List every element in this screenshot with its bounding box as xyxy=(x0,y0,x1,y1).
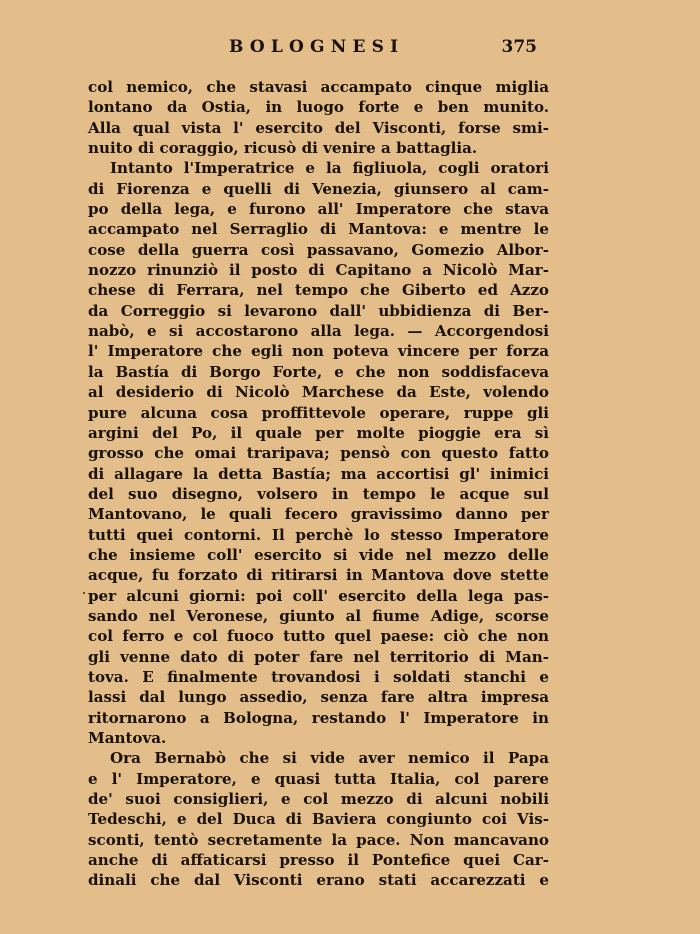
text-line: che insieme coll' esercito si vide nel m… xyxy=(88,545,549,565)
text-line: Mantovano, le quali fecero gravissimo da… xyxy=(88,504,549,524)
text-line: pure alcuna cosa proffittevole operare, … xyxy=(88,403,549,423)
text-line: chese di Ferrara, nel tempo che Giberto … xyxy=(88,280,549,300)
text-line: di allagare la detta Bastía; ma accortis… xyxy=(88,464,549,484)
text-line: per alcuni giorni: poi coll' esercito de… xyxy=(88,586,549,606)
text-line: accampato nel Serraglio di Mantova: e me… xyxy=(88,219,549,239)
book-page: BOLOGNESI 375 col nemico, che stavasi ac… xyxy=(88,36,549,891)
text-line: anche di affaticarsi presso il Pontefice… xyxy=(88,850,549,870)
text-line: nabò, e si accostarono alla lega. — Acco… xyxy=(88,321,549,341)
text-line: la Bastía di Borgo Forte, e che non sodd… xyxy=(88,362,549,382)
text-line: grosso che omai traripava; pensò con que… xyxy=(88,443,549,463)
text-line: tutti quei contorni. Il perchè lo stesso… xyxy=(88,525,549,545)
text-line: lontano da Ostia, in luogo forte e ben m… xyxy=(88,97,549,117)
text-line: al desiderio di Nicolò Marchese da Este,… xyxy=(88,382,549,402)
paragraph-2: Intanto l'Imperatrice e la figliuola, co… xyxy=(88,158,549,748)
text-line: Alla qual vista l' esercito del Visconti… xyxy=(88,118,549,138)
running-head: BOLOGNESI 375 xyxy=(88,36,549,64)
paragraph-1: col nemico, che stavasi accampato cinque… xyxy=(88,77,549,158)
text-line: nuito di coraggio, ricusò di venire a ba… xyxy=(88,138,549,158)
text-line: Ora Bernabò che si vide aver nemico il P… xyxy=(88,748,549,768)
text-line: di Fiorenza e quelli di Venezia, giunser… xyxy=(88,179,549,199)
text-line: sando nel Veronese, giunto al fiume Adig… xyxy=(88,606,549,626)
body-text: col nemico, che stavasi accampato cinque… xyxy=(88,77,549,891)
text-line: da Correggio si levarono dall' ubbidienz… xyxy=(88,301,549,321)
text-line: ritornarono a Bologna, restando l' Imper… xyxy=(88,708,549,728)
running-title: BOLOGNESI xyxy=(229,36,404,58)
page-number: 375 xyxy=(502,36,538,58)
text-line: sconti, tentò secretamente la pace. Non … xyxy=(88,830,549,850)
text-line: gli venne dato di poter fare nel territo… xyxy=(88,647,549,667)
text-line: dinali che dal Visconti erano stati acca… xyxy=(88,870,549,890)
text-line: argini del Po, il quale per molte pioggi… xyxy=(88,423,549,443)
text-line: cose della guerra così passavano, Gomezi… xyxy=(88,240,549,260)
text-line: l' Imperatore che egli non poteva vincer… xyxy=(88,341,549,361)
paragraph-3: Ora Bernabò che si vide aver nemico il P… xyxy=(88,748,549,890)
text-line: po della lega, e furono all' Imperatore … xyxy=(88,199,549,219)
text-line: del suo disegno, volsero in tempo le acq… xyxy=(88,484,549,504)
text-line: tova. E finalmente trovandosi i soldati … xyxy=(88,667,549,687)
paper-speck xyxy=(83,592,85,594)
text-line: Intanto l'Imperatrice e la figliuola, co… xyxy=(88,158,549,178)
text-line: de' suoi consiglieri, e col mezzo di alc… xyxy=(88,789,549,809)
text-line: nozzo rinunziò il posto di Capitano a Ni… xyxy=(88,260,549,280)
text-line: col ferro e col fuoco tutto quel paese: … xyxy=(88,626,549,646)
text-line: acque, fu forzato di ritirarsi in Mantov… xyxy=(88,565,549,585)
text-line: lassi dal lungo assedio, senza fare altr… xyxy=(88,687,549,707)
text-line: col nemico, che stavasi accampato cinque… xyxy=(88,77,549,97)
text-line: Mantova. xyxy=(88,728,549,748)
text-line: Tedeschi, e del Duca di Baviera congiunt… xyxy=(88,809,549,829)
text-line: e l' Imperatore, e quasi tutta Italia, c… xyxy=(88,769,549,789)
